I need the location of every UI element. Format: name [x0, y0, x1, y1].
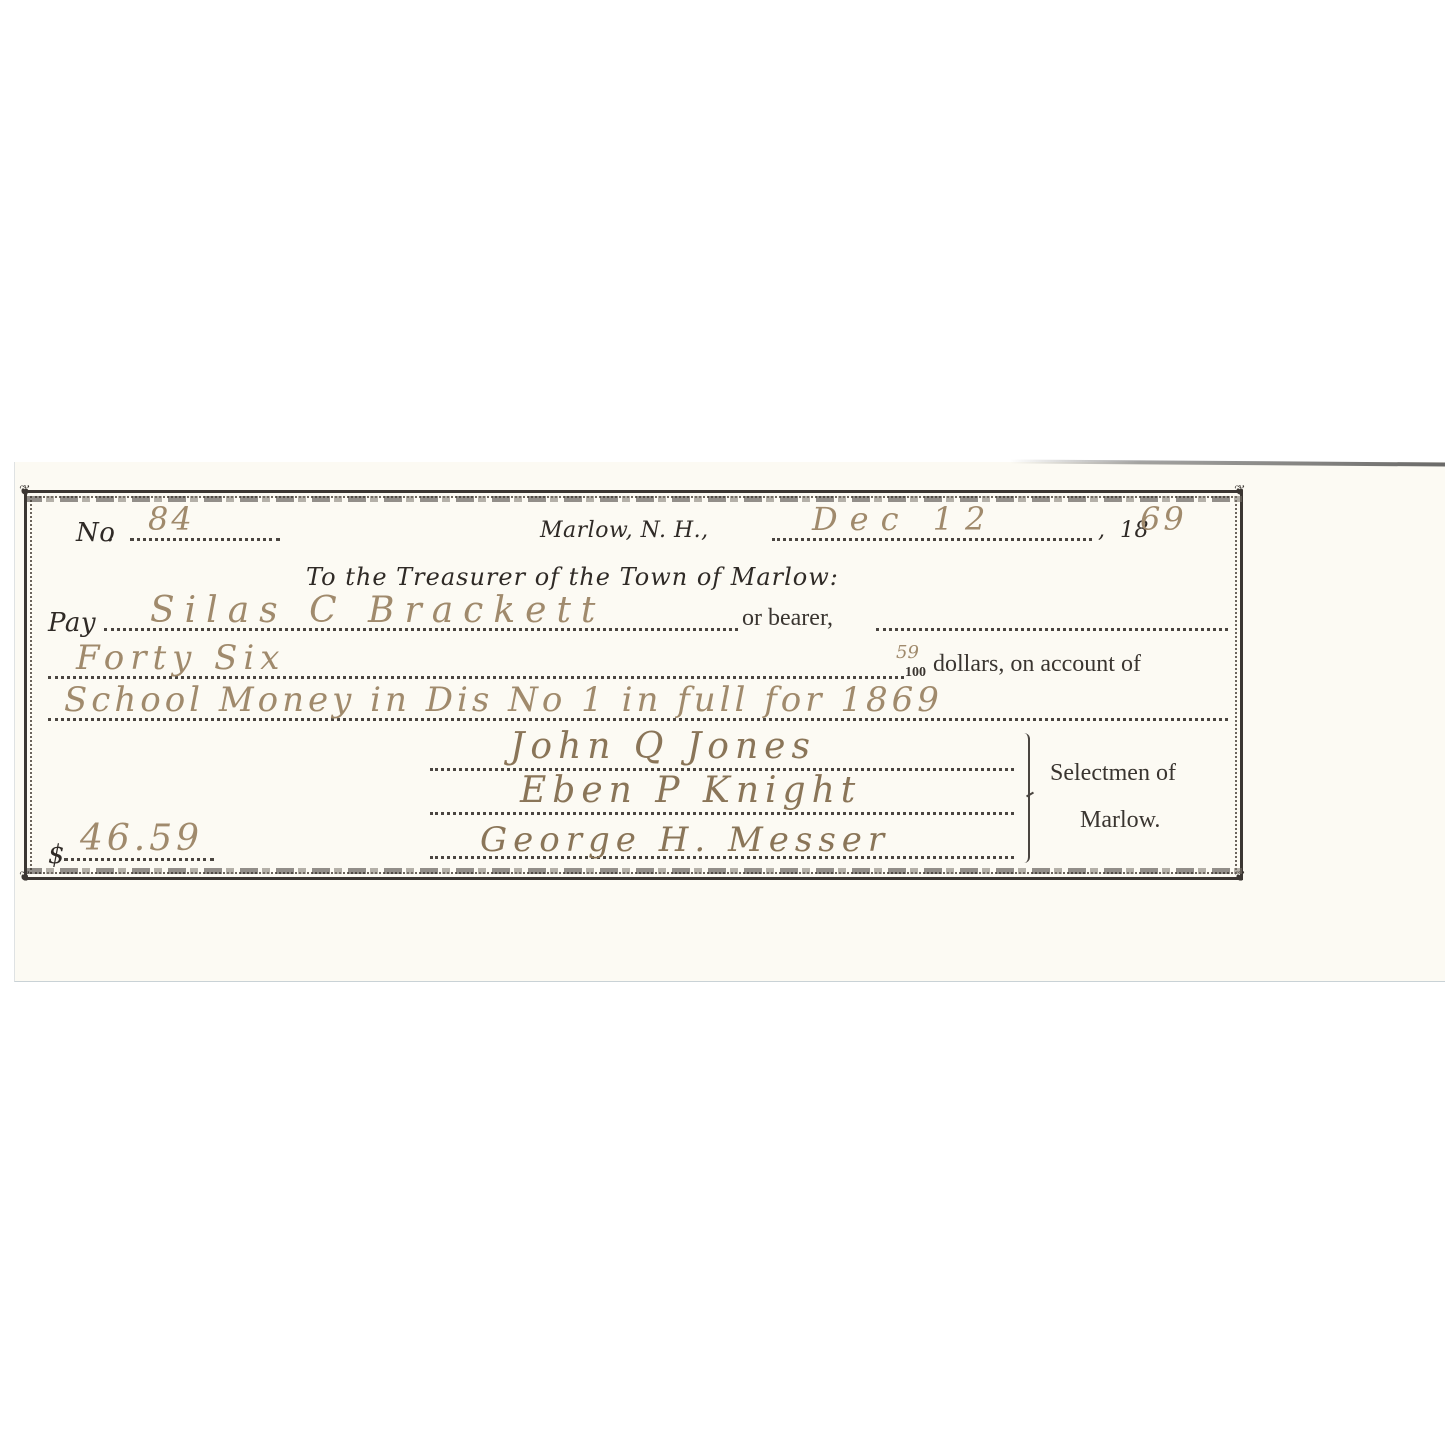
- year-suffix: 69: [1140, 500, 1187, 538]
- selectmen-title-line1: Selectmen of: [1050, 760, 1176, 787]
- date-comma: ,: [1098, 518, 1106, 543]
- numeric-amount: 46.59: [80, 818, 203, 859]
- payee-name: Silas C Brackett: [150, 590, 605, 631]
- dollars-on-account-label: dollars, on account of: [933, 651, 1141, 678]
- date-value: Dec 12: [812, 500, 997, 538]
- or-bearer-label: or bearer,: [742, 605, 833, 632]
- pay-label: Pay: [48, 608, 96, 638]
- corner-ornament-icon: ❦: [1234, 485, 1248, 499]
- cents-numerator: 59: [896, 642, 919, 663]
- amount-written: Forty Six: [76, 638, 285, 678]
- signature-2: Eben P Knight: [520, 770, 861, 811]
- signature-3: George H. Messer: [480, 820, 890, 860]
- corner-ornament-icon: ❦: [19, 871, 33, 885]
- signature-brace: [1018, 733, 1030, 863]
- payee-extension-line: [876, 628, 1228, 631]
- date-field-line: [772, 538, 1092, 541]
- place-label: Marlow, N. H.,: [540, 518, 709, 543]
- dollar-sign: $: [48, 840, 65, 870]
- purpose-text: School Money in Dis No 1 in full for 186…: [64, 680, 943, 720]
- addressee-line: To the Treasurer of the Town of Marlow:: [306, 563, 839, 591]
- cents-denominator: 100: [905, 665, 926, 681]
- signature-line-2: [430, 812, 1014, 815]
- corner-ornament-icon: ❦: [1234, 871, 1248, 885]
- signature-1: John Q Jones: [510, 726, 816, 767]
- order-number: 84: [148, 500, 195, 538]
- number-label-dot: .: [106, 518, 115, 548]
- corner-ornament-icon: ❦: [19, 485, 33, 499]
- selectmen-title-line2: Marlow.: [1080, 807, 1160, 834]
- number-field-line: [130, 538, 280, 541]
